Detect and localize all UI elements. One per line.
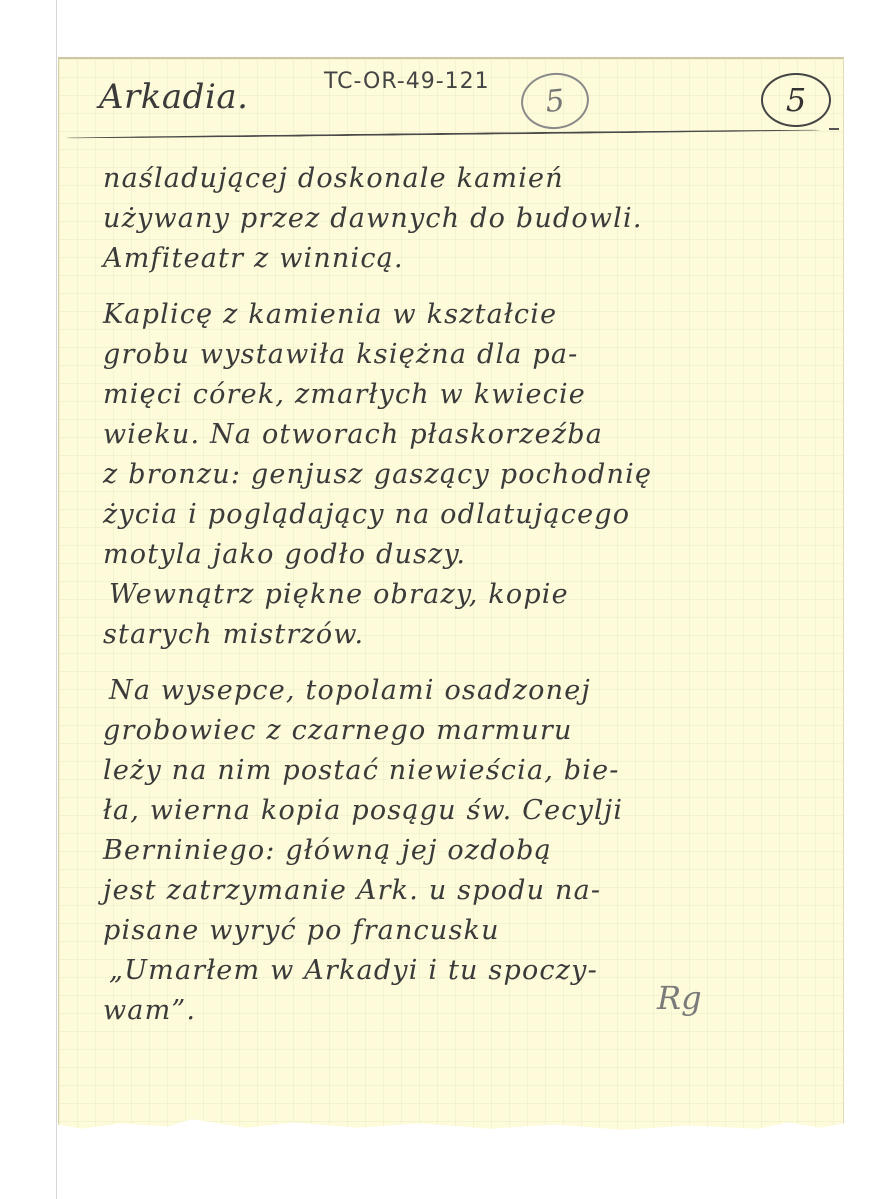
text-line: Amfiteatr z winnicą.: [103, 239, 833, 279]
text-line: Na wysepce, topolami osadzonej: [103, 671, 833, 711]
header-rule-dash: [829, 128, 839, 130]
paragraph-gap: [103, 279, 833, 295]
text-line: wam”.: [103, 991, 833, 1031]
text-line: naśladującej doskonale kamień: [103, 159, 833, 199]
reference-code: TC-OR-49-121: [324, 69, 490, 94]
document-scan: Arkadia. TC-OR-49-121 5 5 naśladującej d…: [0, 0, 896, 1199]
text-line: mięci córek, zmarłych w kwiecie: [103, 375, 833, 415]
text-line: z bronzu: genjusz gaszący pochodnię: [103, 455, 833, 495]
header-underline: [65, 129, 821, 139]
scan-edge-line: [56, 0, 57, 1199]
paragraph-gap: [103, 655, 833, 671]
text-line: używany przez dawnych do budowli.: [103, 199, 833, 239]
text-line: grobowiec z czarnego marmuru: [103, 711, 833, 751]
paper-sheet: Arkadia. TC-OR-49-121 5 5 naśladującej d…: [58, 57, 844, 1132]
text-line: motyla jako godło duszy.: [103, 535, 833, 575]
page-number-ink-circled: 5: [761, 73, 831, 127]
text-line: Berniniego: główną jej ozdobą: [103, 831, 833, 871]
stray-mark: [19, 379, 21, 381]
text-line: starych mistrzów.: [103, 615, 833, 655]
text-line: Wewnątrz piękne obrazy, kopie: [103, 575, 833, 615]
author-initials: Rg: [657, 979, 702, 1017]
page-number-ink: 5: [786, 81, 806, 119]
document-title: Arkadia.: [99, 77, 248, 117]
text-line: ła, wierna kopia posągu św. Cecylji: [103, 791, 833, 831]
text-line: wieku. Na otworach płaskorzeźba: [103, 415, 833, 455]
stray-mark: [329, 929, 331, 931]
text-line: „Umarłem w Arkadyi i tu spoczy-: [103, 951, 833, 991]
text-line: życia i poglądający na odlatującego: [103, 495, 833, 535]
page-number-pencil-circled: 5: [518, 70, 591, 133]
text-line: Kaplicę z kamienia w kształcie: [103, 295, 833, 335]
text-line: jest zatrzymanie Ark. u spodu na-: [103, 871, 833, 911]
text-line: pisane wyryć po francusku: [103, 911, 833, 951]
handwritten-body: naśladującej doskonale kamień używany pr…: [103, 159, 833, 1031]
text-line: grobu wystawiła księżna dla pa-: [103, 335, 833, 375]
page-number-pencil: 5: [544, 83, 567, 120]
text-line: leży na nim postać niewieścia, bie-: [103, 751, 833, 791]
